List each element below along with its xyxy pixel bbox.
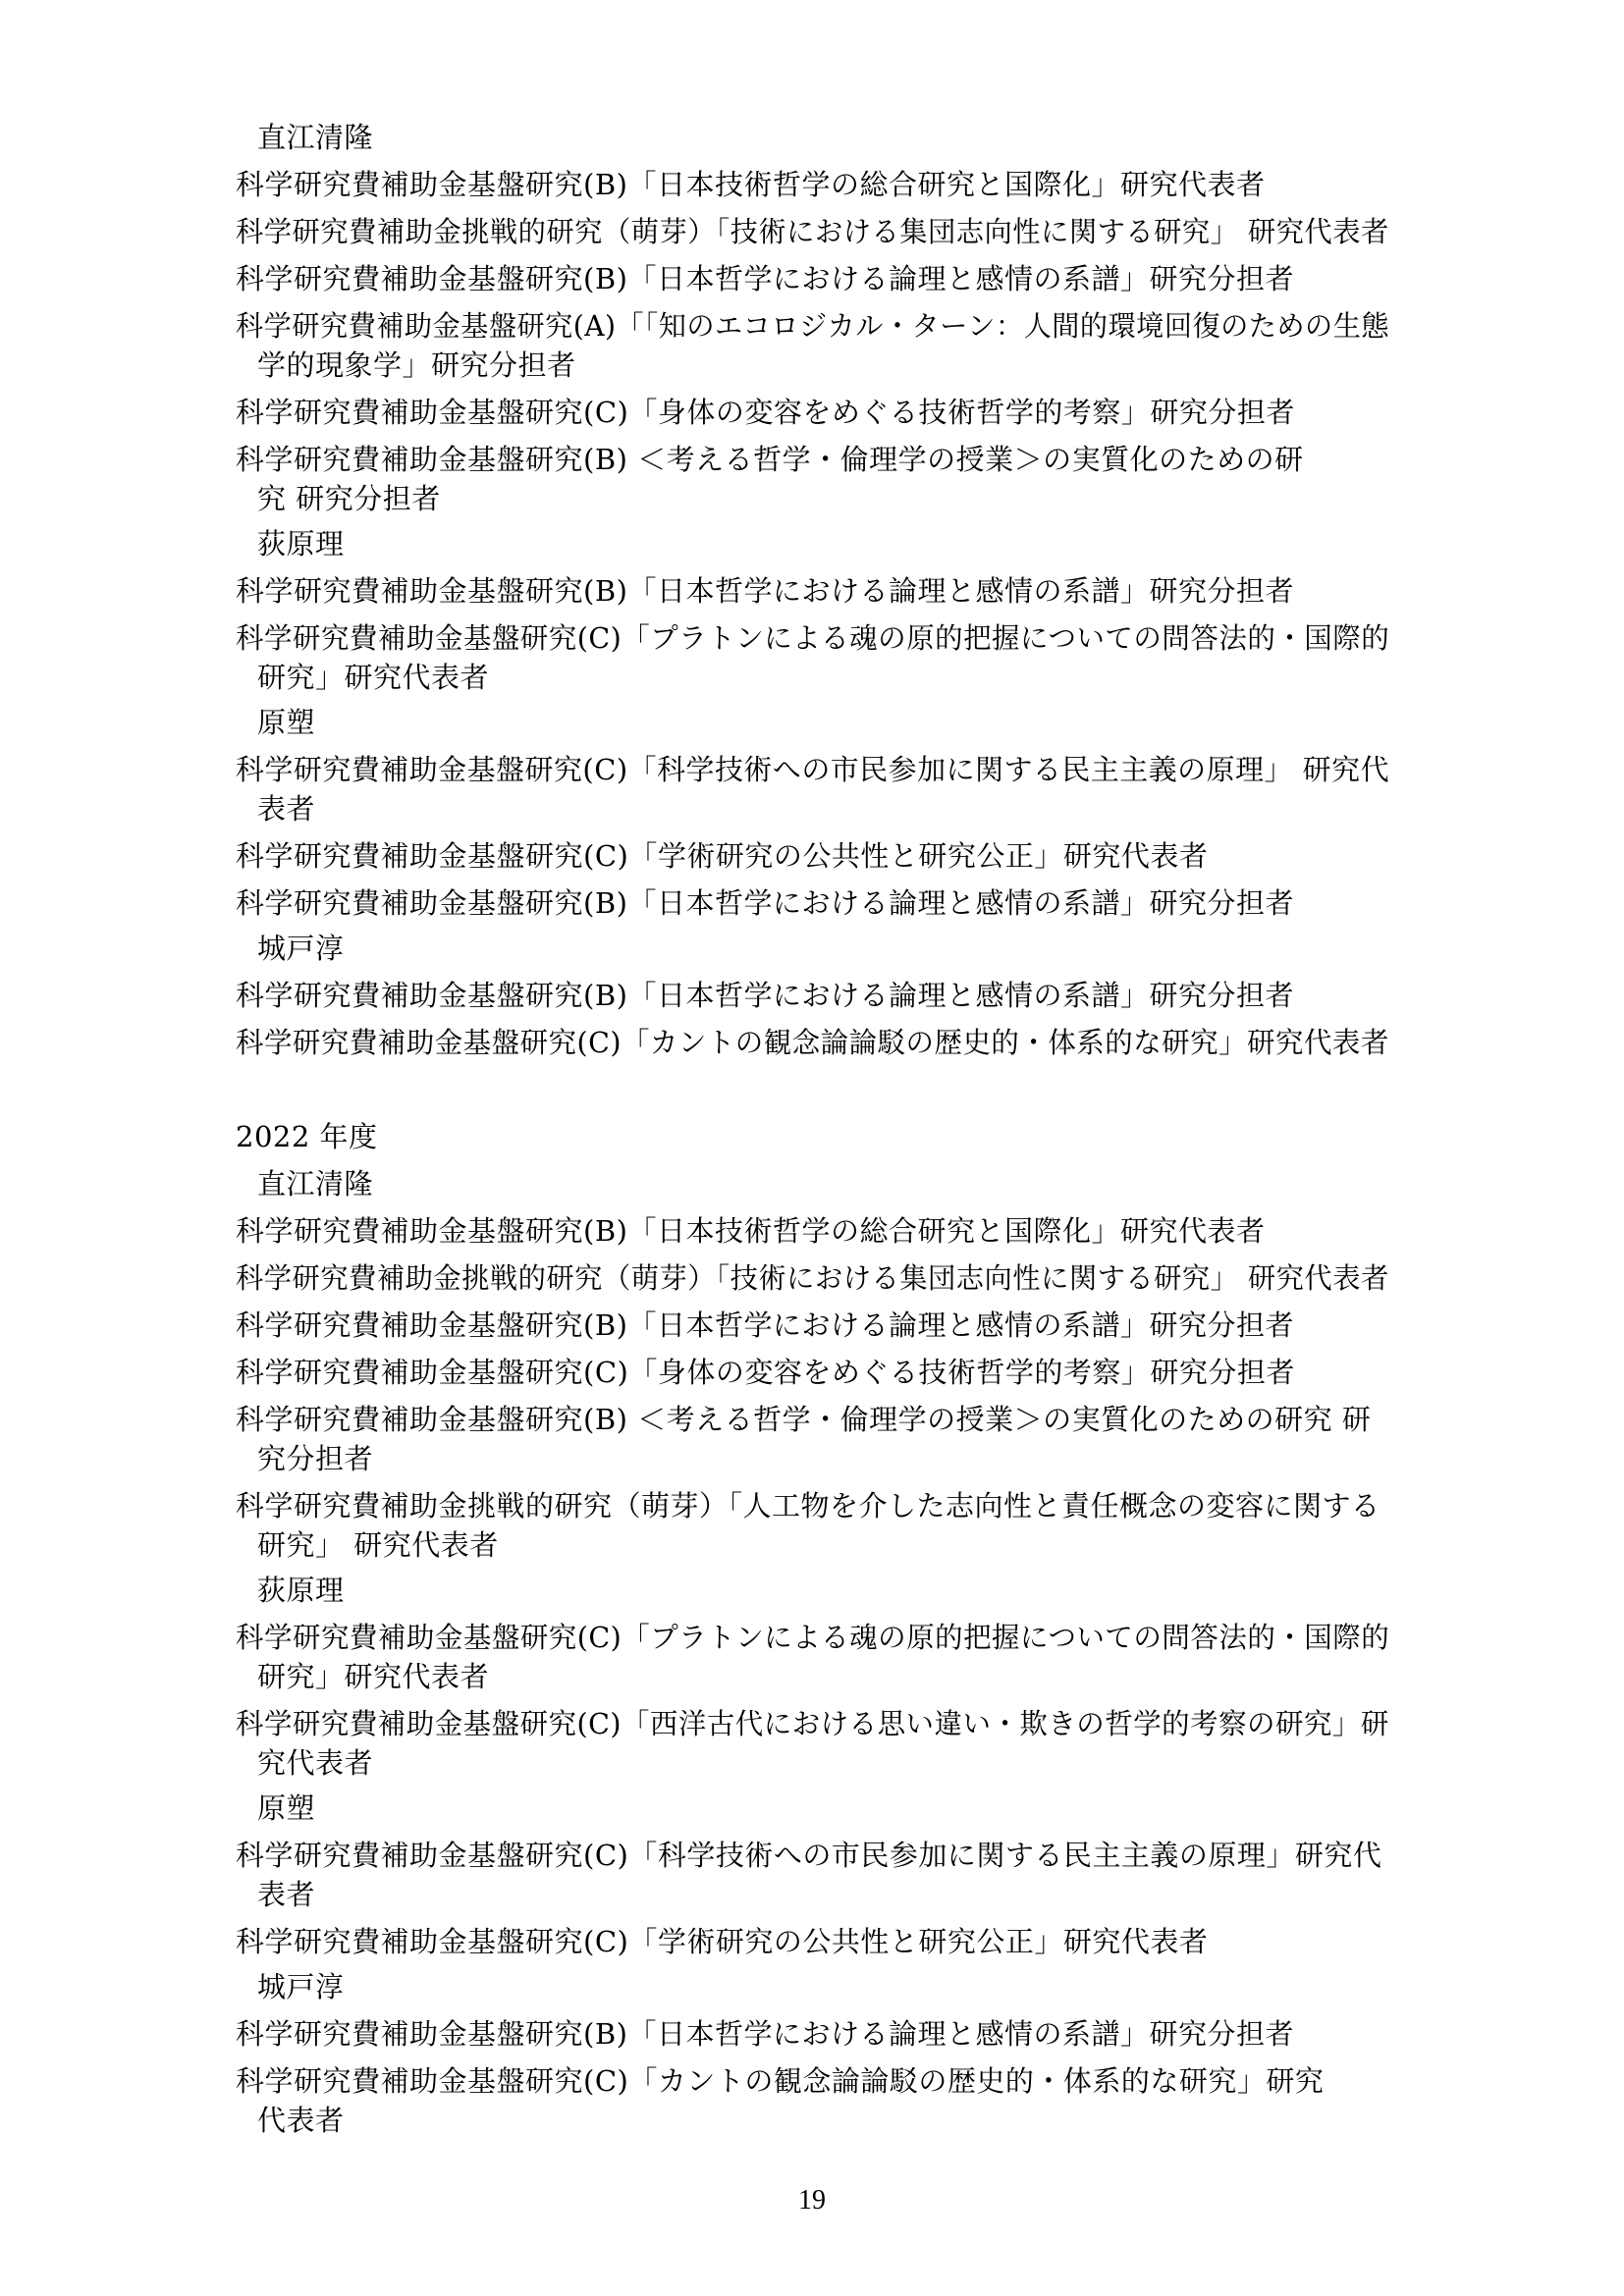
grant-entry: 科学研究費補助金基盤研究(B)「日本技術哲学の総合研究と国際化」研究代表者 (236, 167, 1265, 202)
grant-entry: 科学研究費補助金基盤研究(C)「学術研究の公共性と研究公正」研究代表者 (236, 838, 1208, 874)
person-name: 城戸淳 (257, 931, 345, 966)
grant-entry: 科学研究費補助金基盤研究(B)「日本技術哲学の総合研究と国際化」研究代表者 (236, 1213, 1265, 1249)
grant-entry: 科学研究費補助金基盤研究(C)「西洋古代における思い違い・欺きの哲学的考察の研究… (236, 1706, 1389, 1741)
grant-entry: 科学研究費補助金基盤研究(C)「カントの観念論論駁の歴史的・体系的な研究」研究代… (236, 1025, 1389, 1060)
grant-entry: 科学研究費補助金基盤研究(C)「カントの観念論論駁の歴史的・体系的な研究」研究 (236, 2063, 1324, 2099)
grant-entry: 科学研究費補助金挑戦的研究（萌芽）「人工物を介した志向性と責任概念の変容に関する (236, 1488, 1380, 1523)
grant-entry-continuation: 研究」研究代表者 (257, 660, 489, 695)
grant-entry: 科学研究費補助金基盤研究(B)「日本哲学における論理と感情の系譜」研究分担者 (236, 2016, 1294, 2052)
person-name: 直江清隆 (257, 1166, 373, 1201)
grant-entry: 科学研究費補助金基盤研究(C)「身体の変容をめぐる技術哲学的考察」研究分担者 (236, 1355, 1295, 1390)
grant-entry: 科学研究費補助金基盤研究(B)「日本哲学における論理と感情の系譜」研究分担者 (236, 573, 1294, 609)
grant-entry: 科学研究費補助金基盤研究(A)「「知のエコロジカル・ターン：人間的環境回復のため… (236, 308, 1389, 344)
grant-entry: 科学研究費補助金基盤研究(C)「科学技術への市民参加に関する民主主義の原理」 研… (236, 752, 1389, 787)
grant-entry-continuation: 究代表者 (257, 1745, 373, 1781)
grant-entry: 科学研究費補助金基盤研究(C)「身体の変容をめぐる技術哲学的考察」研究分担者 (236, 395, 1295, 430)
person-name: 城戸淳 (257, 1969, 345, 2004)
grant-entry-continuation: 表者 (257, 791, 315, 827)
grant-entry-continuation: 表者 (257, 1877, 315, 1912)
person-name: 直江清隆 (257, 120, 373, 155)
grant-entry: 科学研究費補助金基盤研究(B) ＜考える哲学・倫理学の授業＞の実質化のための研 (236, 442, 1304, 477)
person-name: 原塑 (257, 705, 315, 740)
grant-entry: 科学研究費補助金基盤研究(B)「日本哲学における論理と感情の系譜」研究分担者 (236, 885, 1294, 921)
grant-entry: 科学研究費補助金基盤研究(B)「日本哲学における論理と感情の系譜」研究分担者 (236, 261, 1294, 296)
grant-entry-continuation: 学的現象学」研究分担者 (257, 347, 576, 383)
grant-entry: 科学研究費補助金基盤研究(C)「プラトンによる魂の原的把握についての問答法的・国… (236, 620, 1389, 656)
year-heading: 2022 年度 (236, 1119, 378, 1154)
document-page: 直江清隆 科学研究費補助金基盤研究(B)「日本技術哲学の総合研究と国際化」研究代… (0, 0, 1624, 2296)
grant-entry-continuation: 究 研究分担者 (257, 481, 441, 516)
grant-entry: 科学研究費補助金基盤研究(B)「日本哲学における論理と感情の系譜」研究分担者 (236, 978, 1294, 1013)
grant-entry: 科学研究費補助金基盤研究(C)「プラトンによる魂の原的把握についての問答法的・国… (236, 1620, 1389, 1655)
grant-entry: 科学研究費補助金挑戦的研究（萌芽）「技術における集団志向性に関する研究」 研究代… (236, 214, 1389, 249)
page-number: 19 (0, 2185, 1624, 2216)
grant-entry-continuation: 代表者 (257, 2103, 345, 2138)
grant-entry: 科学研究費補助金基盤研究(B)「日本哲学における論理と感情の系譜」研究分担者 (236, 1308, 1294, 1343)
grant-entry-continuation: 究分担者 (257, 1441, 373, 1476)
grant-entry: 科学研究費補助金基盤研究(C)「科学技術への市民参加に関する民主主義の原理」研究… (236, 1838, 1381, 1873)
grant-entry: 科学研究費補助金基盤研究(C)「学術研究の公共性と研究公正」研究代表者 (236, 1924, 1208, 1959)
person-name: 荻原理 (257, 1573, 345, 1608)
person-name: 原塑 (257, 1790, 315, 1826)
grant-entry: 科学研究費補助金基盤研究(B) ＜考える哲学・倫理学の授業＞の実質化のための研究… (236, 1402, 1371, 1437)
person-name: 荻原理 (257, 526, 345, 561)
grant-entry-continuation: 研究」研究代表者 (257, 1659, 489, 1694)
grant-entry-continuation: 研究」 研究代表者 (257, 1527, 499, 1563)
grant-entry: 科学研究費補助金挑戦的研究（萌芽）「技術における集団志向性に関する研究」 研究代… (236, 1260, 1389, 1296)
